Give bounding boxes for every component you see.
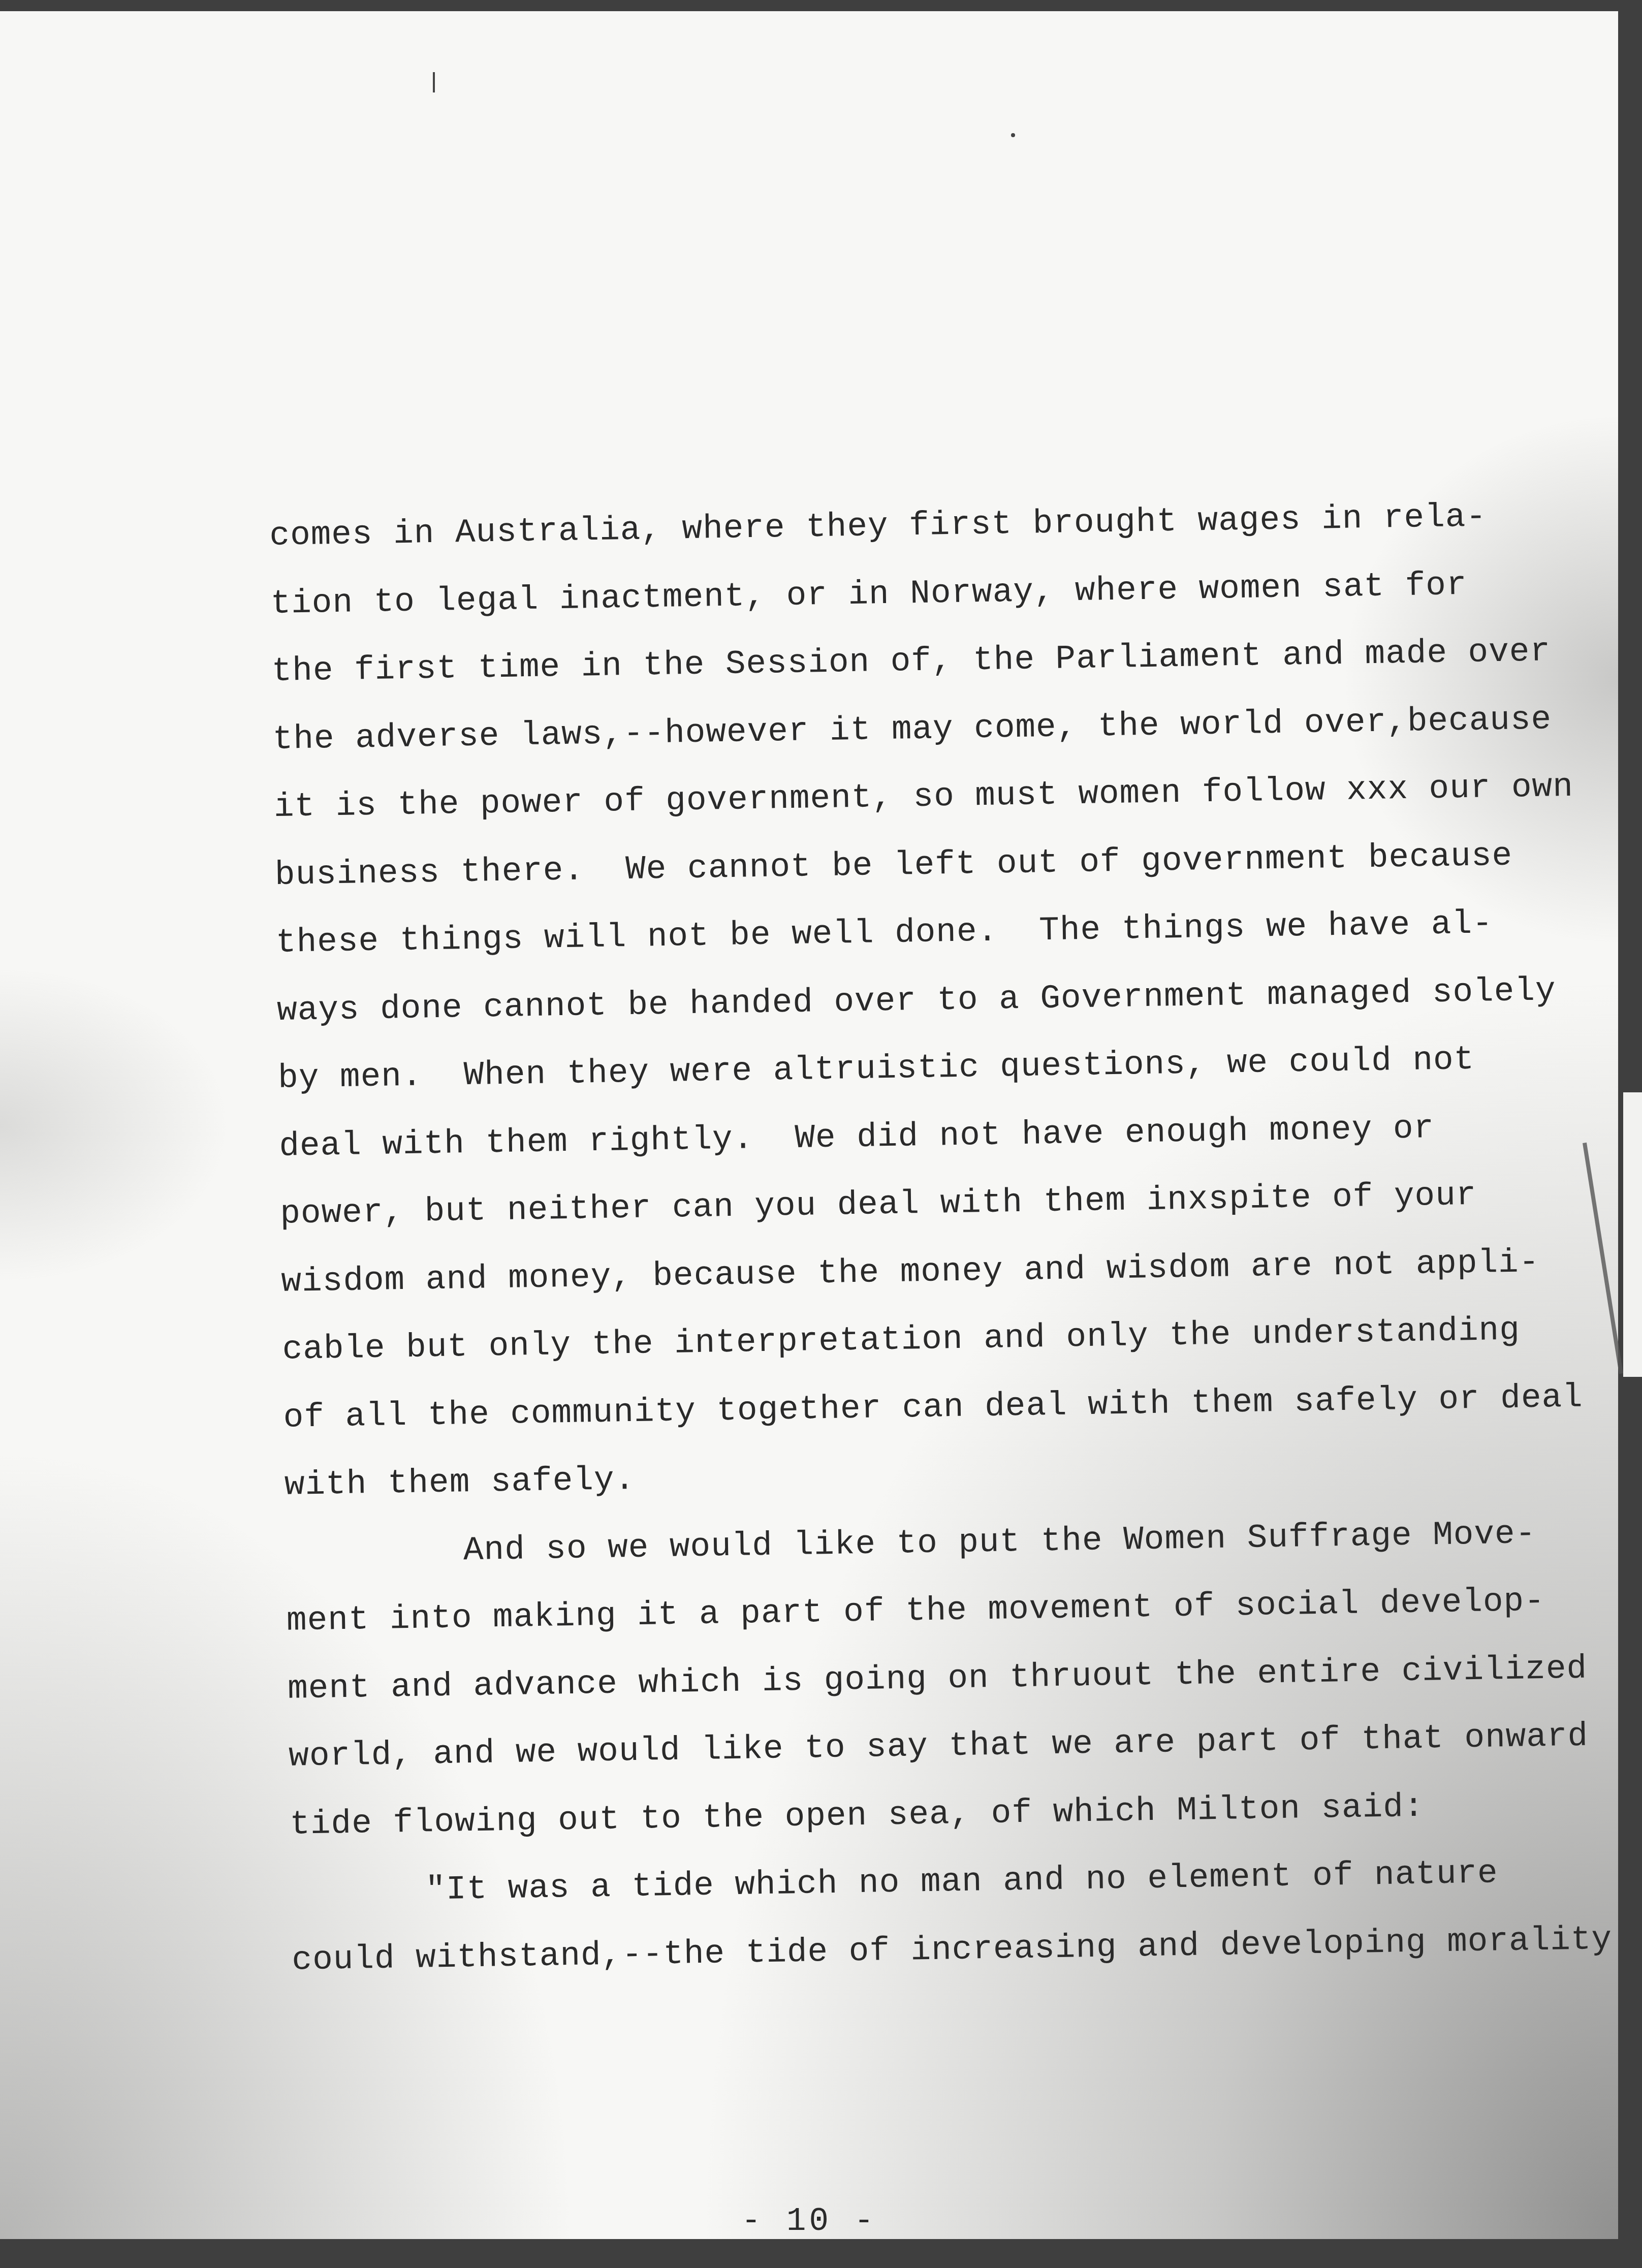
stray-mark bbox=[433, 72, 435, 92]
body-text: comes in Australia, where they first bro… bbox=[269, 498, 1614, 2011]
page-number: - 10 - bbox=[0, 2203, 1618, 2239]
stray-mark bbox=[1011, 133, 1015, 137]
torn-edge bbox=[1623, 1092, 1642, 1377]
document-page: comes in Australia, where they first bro… bbox=[0, 11, 1618, 2239]
